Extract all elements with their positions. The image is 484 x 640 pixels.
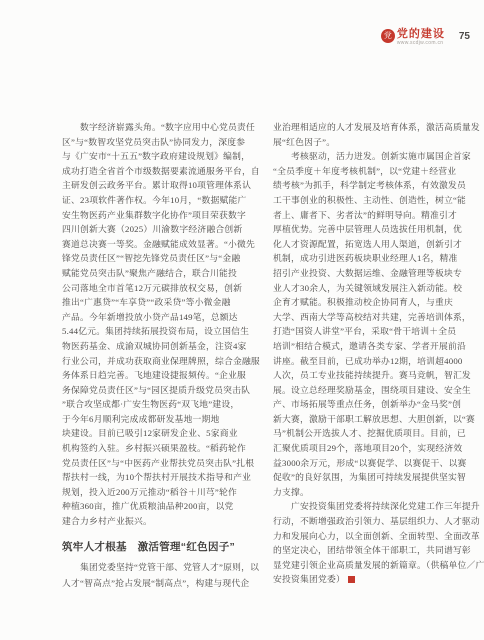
text-line: 种植360亩，推广优质粮油品种200亩，以党 [62,499,249,514]
text-line: 化人才资源配置，拓宽选人用人渠道，创新引才 [273,237,460,252]
text-line: 建合力乡村产业振兴。 [62,514,249,529]
magazine-page: 党 党的建设 www.scdjw.com.cn 75 数字经济崭露头角。“数字应… [0,0,484,640]
article-body: 数字经济崭露头角。“数字应用中心党员责任区”与“数智攻坚党员突击队”协同发力，深… [62,120,460,591]
text-line: 工干事创业的积极性、主动性、创造性，树立“能 [273,193,460,208]
page-header: 党 党的建设 www.scdjw.com.cn 75 [381,28,470,46]
text-line: 推出“广惠贷”“车享贷”“政采贷”等小微金融 [62,295,249,310]
text-line: 行动，不断增强政治引领力、基层组织力、人才驱动 [273,514,460,529]
text-line: 公司落地全市首笔12万元碳排放权交易，创新 [62,281,249,296]
text-line: 四川创新大赛（2025）川渝数字经济融合创新 [62,222,249,237]
text-line: 展。设立总经理奖励基金，围绕项目建设、安全生 [273,383,460,398]
text-line: 证、23项软件著作权。今年10月，“数据赋能广 [62,193,249,208]
text-line: 培训”相结合模式，邀请各类专家、学者开展前沿 [273,339,460,354]
digital-finance-paragraph: 数字经济崭露头角。“数字应用中心党员责任区”与“数智攻坚党员突击队”协同发力，深… [62,120,249,529]
text-line: 显党建引领企业高质量发展的新篇章。（供稿单位／广 [273,558,460,573]
text-line: 于今年6月顺利完成成都研发基地一期地 [62,412,249,427]
text-line: 安生物医药产业集群数字化协作”项目荣获数字 [62,208,249,223]
text-line: 促收”的良好氛围，为集团可持续发展提供坚实智 [273,470,460,485]
text-line: 机构签约入驻。乡村振兴硕果盈枝。“稻药轮作 [62,441,249,456]
text-line: 展“红色因子”。 [273,135,460,150]
text-line: 与《广安市“十五五”数字政府建设规划》编制， [62,149,249,164]
text-line: 人次，员工专业技能持续提升。赛马竞帆，智汇发 [273,368,460,383]
text-line: 招引产业投资、大数据运维、金融管理等板块专 [273,266,460,281]
text-line: 行业公司，并成功获取商业保理牌照，综合金融服 [62,354,249,369]
text-line: 绩考核”为抓手，科学制定考核体系，有效激发员 [273,178,460,193]
talent-paragraph: 业治理相适应的人才发展及培育体系，激活高质量发展“红色因子”。 考核驱动，活力迸… [273,120,460,572]
magazine-seal-icon: 党 [381,29,395,43]
text-line: ”联合攻坚成都·广安生物医药“双飞地”建设， [62,397,249,412]
text-line: 产、市场拓展等重点任务，创新举办“金马奖”创 [273,397,460,412]
text-line: 帮扶村一线，为10个帮扶村开展技术指导和产业 [62,470,249,485]
text-line: 党员责任区”与“中医药产业帮扶党员突击队”扎根 [62,456,249,471]
text-line: 业人才30余人，为关键领域发展注入新动能。校 [273,281,460,296]
text-line: 区”与“数智攻坚党员突击队”协同发力，深度参 [62,135,249,150]
talent-intro-paragraph: 集团党委坚持“党管干部、党管人才”原则，以人才“智高点”抢占发展“制高点”，构建… [62,559,249,592]
text-line: 讲座。截至目前，已成功举办12期，培训超4000 [273,354,460,369]
text-line: 新大赛，激励干部职工解放思想、大胆创新，以“赛 [273,412,460,427]
text-line: 务保障党员责任区”与“园区提质升级党员突击队 [62,383,249,398]
text-line: 业治理相适应的人才发展及培育体系，激活高质量发 [273,120,460,135]
text-line: 大学、西南大学等高校结对共建，完善培训体系， [273,310,460,325]
magazine-website: www.scdjw.com.cn [397,40,445,46]
left-column: 数字经济崭露头角。“数字应用中心党员责任区”与“数智攻坚党员突击队”协同发力，深… [62,120,249,591]
text-line: 锋党员责任区”“智挖先锋党员责任区”与“金融 [62,251,249,266]
end-of-article-icon [348,576,355,583]
section-heading-talent: 筑牢人才根基 激活管理“红色因子” [62,540,249,555]
text-line: 益3000余万元，形成“以赛促学、以赛促干、以赛 [273,456,460,471]
text-line: 赛道总决赛一等奖。金融赋能成效显著。“小微先 [62,237,249,252]
text-line: 广安投资集团党委将持续深化党建工作三年提升 [273,499,460,514]
text-line: 机制，成功引进医药板块职业经理人1名，精准 [273,251,460,266]
text-line: 规划，投入近200万元推动“稻谷＋川芎”轮作 [62,485,249,500]
text-line: 赋能党员突击队”聚焦产融结合，联合川能投 [62,266,249,281]
text-line: 考核驱动，活力迸发。创新实施市属国企首家 [273,149,460,164]
text-line: 块建设。目前已吸引12家研发企业、5家商业 [62,426,249,441]
text-line: 厚植优势。完善中层管理人员选拔任用机制，优 [273,222,460,237]
right-column: 业治理相适应的人才发展及培育体系，激活高质量发展“红色因子”。 考核驱动，活力迸… [273,120,460,591]
text-line: 人才“智高点”抢占发展“制高点”，构建与现代企 [62,575,249,591]
text-line: “全员季度＋年度考核机制”，以“党建＋经营业 [273,164,460,179]
text-line: 打造“国资人讲堂”平台，采取“骨干培训＋全员 [273,324,460,339]
text-line: 务体系日趋完善。飞地建设捷报频传。“企业服 [62,368,249,383]
magazine-masthead: 党 党的建设 www.scdjw.com.cn [381,28,445,46]
text-line: 主研发创云政务平台。累计取得10项管理体系认 [62,178,249,193]
text-line: 物医药基金、成渝双城协同创新基金，注资4家 [62,339,249,354]
closing-line: 安投资集团党委） [273,572,460,587]
text-line: 汇聚优质项目29个，落地项目20个，实现经济效 [273,441,460,456]
page-number: 75 [459,31,470,42]
text-line: 马”机制公开选拔人才、挖掘优质项目。目前，已 [273,426,460,441]
magazine-logo-text: 党的建设 [397,28,445,40]
closing-text: 安投资集团党委） [273,572,345,587]
text-line: 力支撑。 [273,485,460,500]
text-line: 成功打造全省首个市级数据要素流通服务平台，自 [62,164,249,179]
text-line: 的坚定决心，团结带领全体干部职工，共同谱写彰 [273,543,460,558]
text-line: 数字经济崭露头角。“数字应用中心党员责任 [62,120,249,135]
text-line: 产品。今年新增投放小贷产品149笔，总额达 [62,310,249,325]
text-line: 者上、庸者下、劣者汰”的鲜明导向。精准引才 [273,208,460,223]
text-line: 5.44亿元。集团持续拓展投资布局，设立国信生 [62,324,249,339]
text-line: 企育才赋能。积极推动校企协同育人，与重庆 [273,295,460,310]
text-line: 集团党委坚持“党管干部、党管人才”原则，以 [62,559,249,575]
text-line: 力和发展向心力，以全面创新、全面转型、全面改革 [273,529,460,544]
